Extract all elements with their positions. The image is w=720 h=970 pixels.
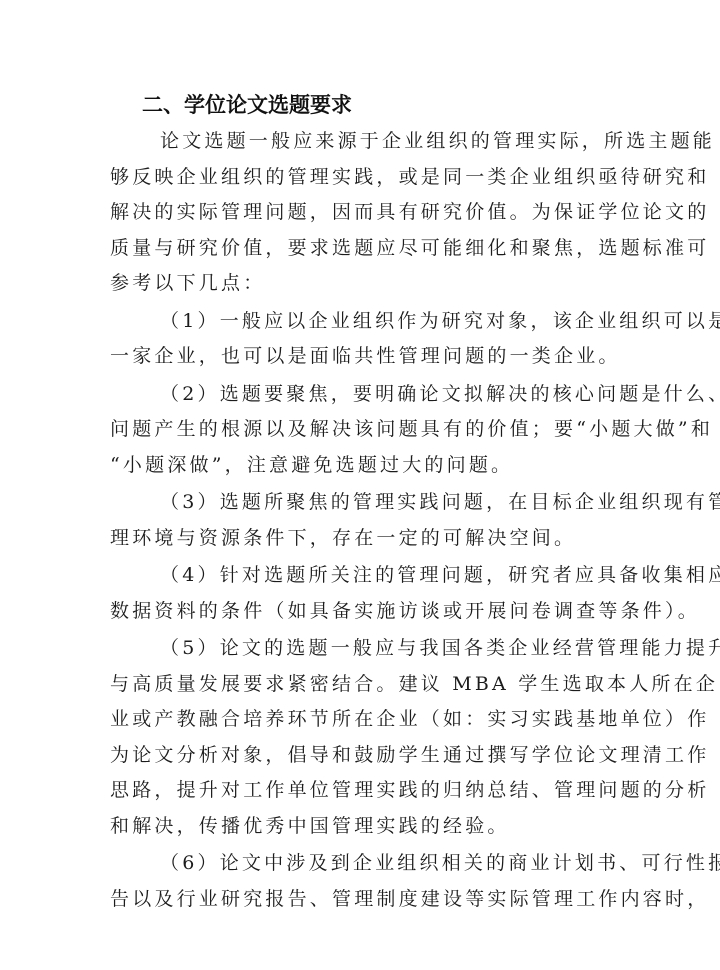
text-line: （1）一般应以企业组织作为研究对象，该企业组织可以是 <box>110 304 632 340</box>
text-line: 质量与研究价值，要求选题应尽可能细化和聚焦，选题标准可 <box>110 231 632 267</box>
text-line: （4）针对选题所关注的管理问题，研究者应具备收集相应 <box>110 558 632 594</box>
text-line: 和解决，传播优秀中国管理实践的经验。 <box>110 809 632 845</box>
document-page: 二、学位论文选题要求 论文选题一般应来源于企业组织的管理实际，所选主题能 够反映… <box>110 88 632 919</box>
text-line: （2）选题要聚焦，要明确论文拟解决的核心问题是什么、 <box>110 377 632 413</box>
text-line: 解决的实际管理问题，因而具有研究价值。为保证学位论文的 <box>110 195 632 231</box>
text-line: （3）选题所聚焦的管理实践问题，在目标企业组织现有管 <box>110 485 632 521</box>
text-line: 为论文分析对象，倡导和鼓励学生通过撰写学位论文理清工作 <box>110 738 632 774</box>
text-line: 业或产教融合培养环节所在企业（如：实习实践基地单位）作 <box>110 702 632 738</box>
text-line: 理环境与资源条件下，存在一定的可解决空间。 <box>110 521 632 557</box>
paragraph-item-6: （6）论文中涉及到企业组织相关的商业计划书、可行性报 告以及行业研究报告、管理制… <box>110 846 632 917</box>
paragraph-item-5: （5）论文的选题一般应与我国各类企业经营管理能力提升 与高质量发展要求紧密结合。… <box>110 631 632 844</box>
paragraph-item-2: （2）选题要聚焦，要明确论文拟解决的核心问题是什么、 问题产生的根源以及解决该问… <box>110 377 632 484</box>
text-line: 够反映企业组织的管理实践，或是同一类企业组织亟待研究和 <box>110 160 632 196</box>
text-line: 告以及行业研究报告、管理制度建设等实际管理工作内容时， <box>110 882 632 918</box>
text-line: 参考以下几点： <box>110 266 632 302</box>
text-line: 思路，提升对工作单位管理实践的归纳总结、管理问题的分析 <box>110 773 632 809</box>
paragraph-item-4: （4）针对选题所关注的管理问题，研究者应具备收集相应 数据资料的条件（如具备实施… <box>110 558 632 629</box>
paragraph-item-1: （1）一般应以企业组织作为研究对象，该企业组织可以是 一家企业，也可以是面临共性… <box>110 304 632 375</box>
text-line: （6）论文中涉及到企业组织相关的商业计划书、可行性报 <box>110 846 632 882</box>
text-line: （5）论文的选题一般应与我国各类企业经营管理能力提升 <box>110 631 632 667</box>
text-line: 数据资料的条件（如具备实施访谈或开展问卷调查等条件）。 <box>110 594 632 630</box>
text-line: 一家企业，也可以是面临共性管理问题的一类企业。 <box>110 339 632 375</box>
text-line: 问题产生的根源以及解决该问题具有的价值；要“小题大做”和 <box>110 412 632 448</box>
text-line: “小题深做”，注意避免选题过大的问题。 <box>110 448 632 484</box>
paragraph-intro: 论文选题一般应来源于企业组织的管理实际，所选主题能 够反映企业组织的管理实践，或… <box>110 124 632 302</box>
paragraph-item-3: （3）选题所聚焦的管理实践问题，在目标企业组织现有管 理环境与资源条件下，存在一… <box>110 485 632 556</box>
text-line: 论文选题一般应来源于企业组织的管理实际，所选主题能 <box>110 124 632 160</box>
text-line: 与高质量发展要求紧密结合。建议 MBA 学生选取本人所在企 <box>110 667 632 703</box>
section-heading: 二、学位论文选题要求 <box>110 88 632 122</box>
